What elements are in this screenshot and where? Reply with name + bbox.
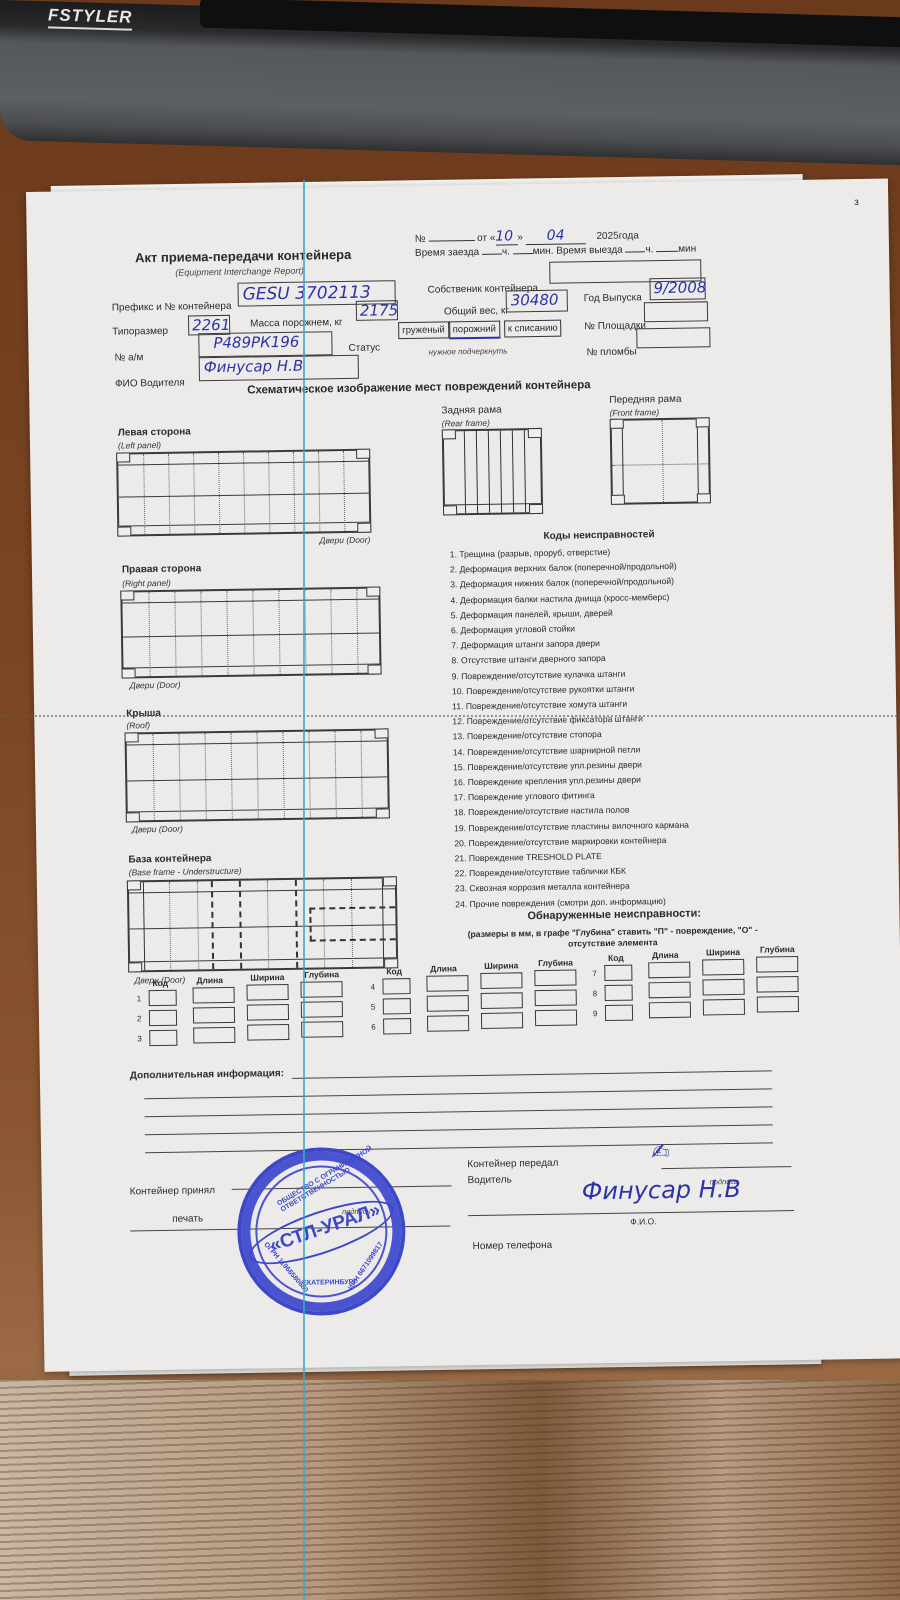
defect-depth-field[interactable]: [756, 976, 798, 993]
defect-width-field[interactable]: [480, 972, 522, 989]
base-label: База контейнера: [128, 853, 211, 865]
phone-label: Номер телефона: [473, 1240, 553, 1252]
left-panel-diagram[interactable]: [116, 449, 371, 537]
defect-column-header: Ширина: [706, 947, 740, 958]
fio-caption: Ф.И.О.: [630, 1216, 656, 1226]
driver-sign-label: Водитель: [467, 1174, 511, 1186]
defect-code-field[interactable]: [149, 1010, 177, 1026]
defect-length-field[interactable]: [648, 962, 690, 979]
defect-length-field[interactable]: [193, 987, 235, 1004]
keyboard: FSTYLER: [0, 0, 900, 165]
defect-width-field[interactable]: [702, 979, 744, 996]
status-hint: нужное подчеркнуть: [428, 346, 507, 356]
status-option-writeoff[interactable]: к списанию: [504, 320, 562, 338]
year-built-label: Год Выпуска: [584, 292, 642, 304]
driver-fio-line[interactable]: [468, 1210, 794, 1216]
defect-row-number: 3: [137, 1034, 142, 1043]
defect-column-header: Код: [386, 966, 402, 976]
date-day-field[interactable]: 10: [495, 228, 517, 245]
seal-label: № пломбы: [587, 346, 637, 358]
defect-column-header: Глубина: [304, 969, 339, 980]
defect-row-number: 9: [593, 1009, 598, 1018]
right-panel-diagram[interactable]: [120, 586, 381, 678]
additional-info-line[interactable]: [145, 1106, 773, 1117]
site-field[interactable]: [644, 301, 708, 322]
driver-fio-handwritten: Финусар Н.В: [582, 1175, 741, 1205]
driver-signature: ✍: [651, 1140, 670, 1165]
left-panel-sub: (Left panel): [118, 440, 161, 451]
handed-label: Контейнер передал: [467, 1158, 558, 1170]
left-panel-label: Левая сторона: [118, 426, 191, 438]
equipment-interchange-report: з Акт приема-передачи контейнера (Equipm…: [26, 178, 900, 1371]
driver-signature-line[interactable]: [661, 1166, 791, 1169]
vehicle-label: № а/м: [115, 352, 144, 363]
defect-width-field[interactable]: [247, 1024, 289, 1041]
form-title: Акт приема-передачи контейнера: [135, 247, 351, 265]
driver-field[interactable]: Финусар Н.В: [199, 355, 359, 382]
defect-depth-field[interactable]: [535, 1009, 577, 1026]
year-built-field[interactable]: 9/2008: [649, 277, 705, 300]
roof-door: Двери (Door): [132, 824, 183, 835]
gross-weight-label: Общий вес, кг: [444, 305, 509, 317]
defect-width-field[interactable]: [702, 959, 744, 976]
company-stamp: «СТЛ-УРАЛ» ОБЩЕСТВО С ОГРАНИЧЕННОЙ ОТВЕТ…: [236, 1146, 407, 1317]
defect-depth-field[interactable]: [757, 996, 799, 1013]
number-field[interactable]: [428, 240, 474, 242]
fault-codes-list: 1. Трещина (разрыв, проруб, отверстие) 2…: [450, 544, 691, 913]
additional-info-line[interactable]: [292, 1070, 772, 1079]
date-month-field[interactable]: 04: [526, 227, 586, 245]
defect-column-header: Код: [152, 978, 168, 988]
defect-depth-field[interactable]: [301, 1021, 343, 1038]
driver-label: ФИО Водителя: [115, 378, 185, 390]
defect-depth-field[interactable]: [534, 969, 576, 986]
defect-row-number: 4: [370, 983, 375, 992]
defect-column-header: Глубина: [538, 958, 573, 969]
defect-depth-field[interactable]: [300, 981, 342, 998]
status-option-loaded[interactable]: груженый: [398, 321, 449, 339]
tare-label: Масса порожнем, кг: [250, 317, 343, 329]
defect-column-header: Код: [608, 953, 624, 963]
defect-column-header: Длина: [652, 950, 679, 960]
defect-width-field[interactable]: [246, 984, 288, 1001]
rear-frame-sub: (Rear frame): [442, 418, 490, 429]
departure-minutes-field[interactable]: [656, 251, 678, 252]
defect-width-field[interactable]: [247, 1004, 289, 1021]
detected-title: Обнаруженные неисправности:: [527, 907, 701, 922]
defect-length-field[interactable]: [427, 995, 469, 1012]
defect-code-field[interactable]: [383, 1018, 411, 1034]
defect-depth-field[interactable]: [756, 956, 798, 973]
defect-width-field[interactable]: [703, 999, 745, 1016]
keyboard-brand: FSTYLER: [48, 5, 132, 30]
size-type-label: Типоразмер: [112, 326, 168, 338]
base-sub: (Base frame - Understructure): [129, 866, 242, 878]
front-frame-sub: (Front frame): [609, 407, 659, 418]
defect-column-header: Длина: [196, 975, 223, 985]
schematic-title: Схематическое изображение мест поврежден…: [247, 379, 591, 396]
additional-info-label: Дополнительная информация:: [130, 1068, 284, 1081]
defect-code-field[interactable]: [605, 985, 633, 1001]
defect-length-field[interactable]: [426, 975, 468, 992]
front-frame-label: Передняя рама: [609, 394, 681, 406]
desk-surface: [0, 1380, 900, 1600]
defect-length-field[interactable]: [193, 1007, 235, 1024]
stamp-label: печать: [172, 1213, 203, 1224]
scanner-line: [303, 180, 305, 1600]
defect-column-header: Длина: [430, 963, 457, 973]
defect-row-number: 5: [371, 1003, 376, 1012]
right-panel-label: Правая сторона: [122, 563, 201, 575]
defect-row-number: 2: [137, 1014, 142, 1023]
rear-frame-label: Задняя рама: [441, 405, 501, 417]
defect-length-field[interactable]: [427, 1015, 469, 1032]
defect-code-field[interactable]: [382, 978, 410, 994]
rear-frame-diagram[interactable]: [442, 428, 543, 516]
roof-sub: (Roof): [126, 720, 150, 730]
right-panel-door: Двери (Door): [130, 680, 181, 691]
roof-diagram[interactable]: [125, 728, 390, 822]
defect-column-header: Ширина: [484, 960, 518, 971]
defect-row-number: 8: [593, 989, 598, 998]
defect-width-field[interactable]: [481, 1012, 523, 1029]
defect-row-number: 7: [592, 969, 597, 978]
roof-label: Крыша: [126, 708, 161, 720]
defect-length-field[interactable]: [648, 982, 690, 999]
fault-codes-title: Коды неисправностей: [543, 529, 654, 542]
defect-row-number: 1: [137, 994, 142, 1003]
defect-depth-field[interactable]: [535, 989, 577, 1006]
vehicle-field[interactable]: Р489РК196: [198, 331, 332, 357]
defect-code-field[interactable]: [383, 998, 411, 1014]
received-label: Контейнер принял: [130, 1185, 215, 1197]
status-option-empty[interactable]: порожний: [449, 321, 500, 340]
defect-column-header: Ширина: [250, 972, 284, 983]
status-label: Статус: [348, 342, 380, 353]
seal-field[interactable]: [636, 327, 710, 348]
additional-info-line[interactable]: [144, 1088, 772, 1099]
tare-field[interactable]: 2175: [356, 300, 398, 321]
fold-perforation: [0, 715, 900, 717]
departure-hours-field[interactable]: [625, 251, 645, 252]
defect-width-field[interactable]: [481, 992, 523, 1009]
page-marker: з: [854, 197, 859, 208]
additional-info-line[interactable]: [145, 1142, 773, 1153]
defect-column-header: Глубина: [760, 944, 795, 955]
arrival-minutes-field[interactable]: [513, 253, 533, 254]
right-panel-sub: (Right panel): [122, 578, 171, 589]
additional-info-line[interactable]: [145, 1124, 773, 1135]
status-options: груженыйпорожнийк списанию: [398, 318, 562, 341]
keyboard-keys: [200, 0, 900, 48]
arrival-hours-field[interactable]: [482, 254, 502, 255]
form-subtitle: (Equipment Interchange Report): [175, 266, 304, 278]
prefix-label: Префикс и № контейнера: [112, 301, 232, 314]
defect-depth-field[interactable]: [301, 1001, 343, 1018]
left-panel-door: Двери (Door): [319, 535, 370, 546]
gross-weight-field[interactable]: 30480: [506, 290, 568, 313]
defect-code-field[interactable]: [149, 1030, 177, 1046]
defect-code-field[interactable]: [605, 1005, 633, 1021]
defect-code-field[interactable]: [149, 990, 177, 1006]
defect-length-field[interactable]: [649, 1002, 691, 1019]
defect-row-number: 6: [371, 1023, 376, 1032]
number-row: № от «10» 04 2025года: [415, 226, 639, 247]
defect-code-field[interactable]: [604, 965, 632, 981]
base-frame-diagram[interactable]: [127, 876, 398, 972]
front-frame-diagram[interactable]: [610, 417, 711, 505]
defect-length-field[interactable]: [193, 1027, 235, 1044]
